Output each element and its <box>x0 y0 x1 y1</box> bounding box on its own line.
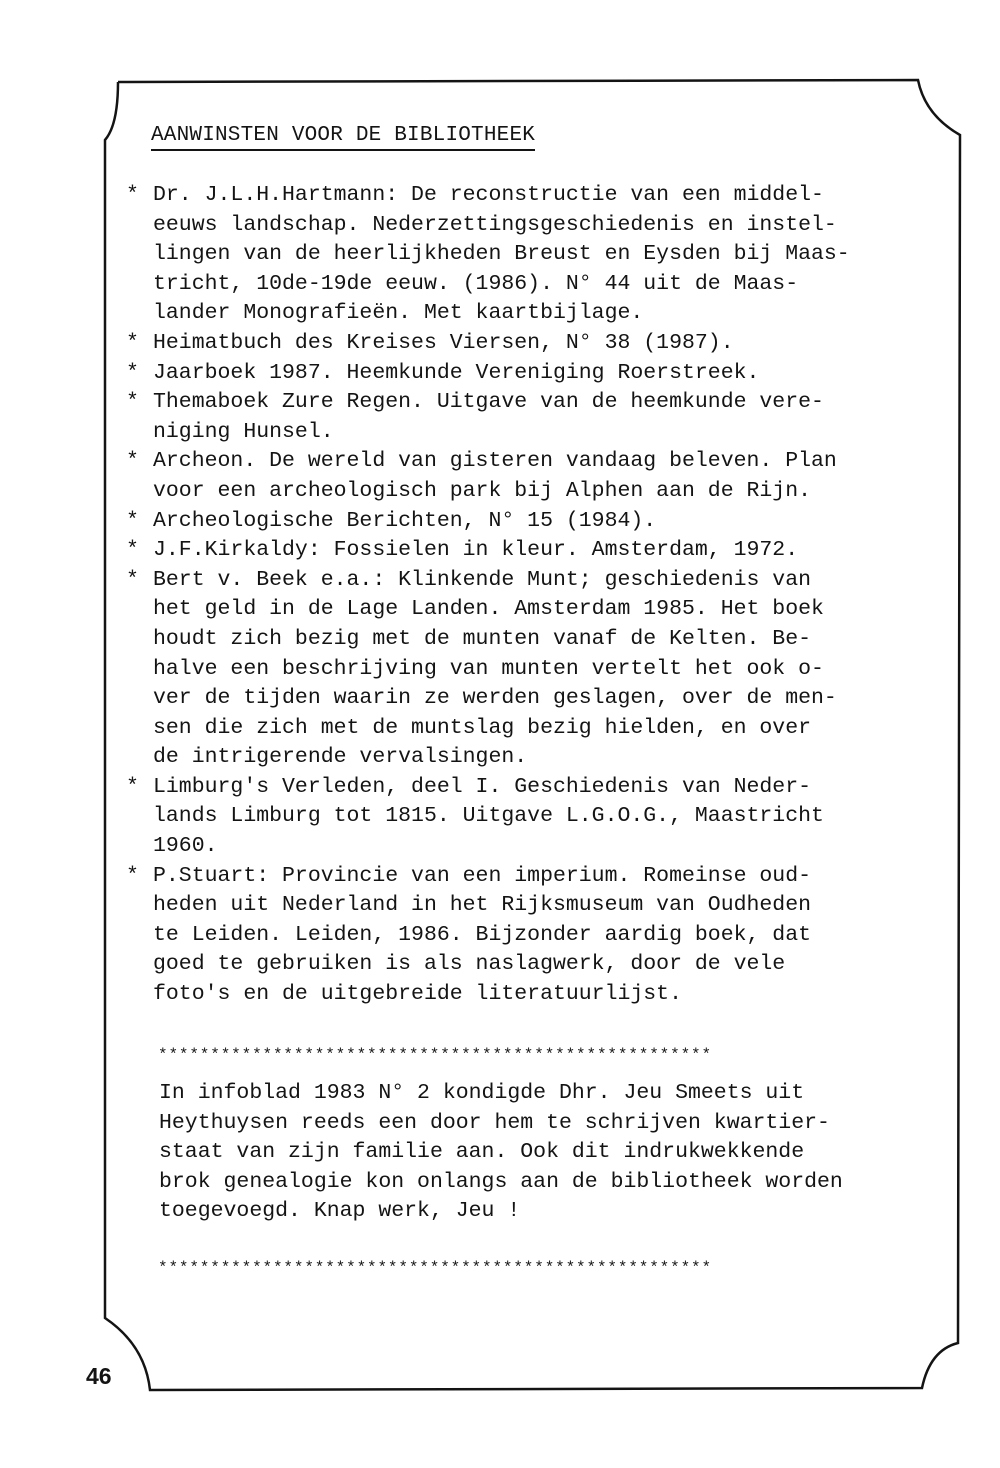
bullet-asterisk-icon: * <box>126 566 153 773</box>
asterisk-separator-top: ****************************************… <box>158 1045 712 1065</box>
entry-text-line: Themaboek Zure Regen. Uitgave van de hee… <box>153 388 946 418</box>
paragraph-line: In infoblad 1983 N° 2 kondigde Dhr. Jeu … <box>159 1079 843 1109</box>
entry-text-line: P.Stuart: Provincie van een imperium. Ro… <box>153 862 946 892</box>
list-item: *Dr. J.L.H.Hartmann: De reconstructie va… <box>126 181 946 329</box>
entry-text-line: sen die zich met de muntslag bezig hield… <box>153 714 946 744</box>
list-item: *Bert v. Beek e.a.: Klinkende Munt; gesc… <box>126 566 946 773</box>
bullet-asterisk-icon: * <box>126 447 153 506</box>
paragraph-line: Heythuysen reeds een door hem te schrijv… <box>159 1109 843 1139</box>
list-item: *Heimatbuch des Kreises Viersen, N° 38 (… <box>126 329 946 359</box>
paragraph-line: brok genealogie kon onlangs aan de bibli… <box>159 1168 843 1198</box>
list-item: *J.F.Kirkaldy: Fossielen in kleur. Amste… <box>126 536 946 566</box>
bullet-asterisk-icon: * <box>126 507 153 537</box>
bullet-asterisk-icon: * <box>126 388 153 447</box>
entry-text-line: ver de tijden waarin ze werden geslagen,… <box>153 684 946 714</box>
bullet-asterisk-icon: * <box>126 359 153 389</box>
entry-text-line: Jaarboek 1987. Heemkunde Vereniging Roer… <box>153 359 946 389</box>
list-item: *Archeon. De wereld van gisteren vandaag… <box>126 447 946 506</box>
entry-text-line: heden uit Nederland in het Rijksmuseum v… <box>153 891 946 921</box>
list-item: *Themaboek Zure Regen. Uitgave van de he… <box>126 388 946 447</box>
entry-text-line: goed te gebruiken is als naslagwerk, doo… <box>153 950 946 980</box>
entry-text-line: Archeon. De wereld van gisteren vandaag … <box>153 447 946 477</box>
page-number: 46 <box>86 1363 112 1390</box>
entry-text-line: Dr. J.L.H.Hartmann: De reconstructie van… <box>153 181 946 211</box>
entry-text-line: 1960. <box>153 832 946 862</box>
paragraph-line: toegevoegd. Knap werk, Jeu ! <box>159 1197 843 1227</box>
entry-text-line: lands Limburg tot 1815. Uitgave L.G.O.G.… <box>153 802 946 832</box>
entry-text-line: lingen van de heerlijkheden Breust en Ey… <box>153 240 946 270</box>
entry-text-line: halve een beschrijving van munten vertel… <box>153 655 946 685</box>
bullet-asterisk-icon: * <box>126 329 153 359</box>
entry-text-line: de intrigerende vervalsingen. <box>153 743 946 773</box>
entry-text-line: foto's en de uitgebreide literatuurlijst… <box>153 980 946 1010</box>
entry-text-line: te Leiden. Leiden, 1986. Bijzonder aardi… <box>153 921 946 951</box>
entry-text-line: tricht, 10de-19de eeuw. (1986). N° 44 ui… <box>153 270 946 300</box>
list-item: *Limburg's Verleden, deel I. Geschiedeni… <box>126 773 946 862</box>
entry-text-line: lander Monografieën. Met kaartbijlage. <box>153 299 946 329</box>
entry-text-line: het geld in de Lage Landen. Amsterdam 19… <box>153 595 946 625</box>
list-item: *P.Stuart: Provincie van een imperium. R… <box>126 862 946 1010</box>
entry-text-line: houdt zich bezig met de munten vanaf de … <box>153 625 946 655</box>
bullet-asterisk-icon: * <box>126 773 153 862</box>
list-item: *Jaarboek 1987. Heemkunde Vereniging Roe… <box>126 359 946 389</box>
entry-text-line: Limburg's Verleden, deel I. Geschiedenis… <box>153 773 946 803</box>
bullet-asterisk-icon: * <box>126 181 153 329</box>
paragraph-line: staat van zijn familie aan. Ook dit indr… <box>159 1138 843 1168</box>
entry-text-line: Archeologische Berichten, N° 15 (1984). <box>153 507 946 537</box>
bullet-asterisk-icon: * <box>126 536 153 566</box>
entry-text-line: eeuws landschap. Nederzettingsgeschieden… <box>153 211 946 241</box>
announcement-paragraph: In infoblad 1983 N° 2 kondigde Dhr. Jeu … <box>159 1079 843 1227</box>
entry-text-line: Bert v. Beek e.a.: Klinkende Munt; gesch… <box>153 566 946 596</box>
page-title: AANWINSTEN VOOR DE BIBLIOTHEEK <box>151 124 535 151</box>
entry-text-line: J.F.Kirkaldy: Fossielen in kleur. Amster… <box>153 536 946 566</box>
asterisk-separator-bottom: ****************************************… <box>158 1258 712 1278</box>
entry-text-line: niging Hunsel. <box>153 418 946 448</box>
acquisitions-list: *Dr. J.L.H.Hartmann: De reconstructie va… <box>126 181 946 1010</box>
entry-text-line: Heimatbuch des Kreises Viersen, N° 38 (1… <box>153 329 946 359</box>
bullet-asterisk-icon: * <box>126 862 153 1010</box>
list-item: *Archeologische Berichten, N° 15 (1984). <box>126 507 946 537</box>
entry-text-line: voor een archeologisch park bij Alphen a… <box>153 477 946 507</box>
